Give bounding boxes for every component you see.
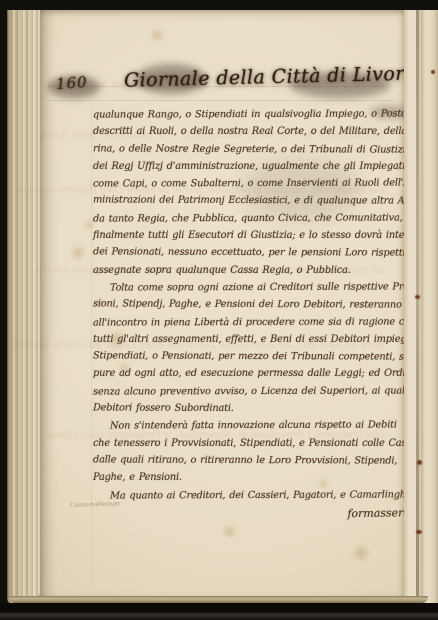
ruled-margin-line: [91, 102, 92, 585]
stain-speck: [417, 460, 422, 465]
scanned-manuscript-photo: dei Regj Uffizj d'amministrazione, ugual…: [0, 0, 438, 620]
catchword: formassero: [310, 506, 410, 521]
binding-page-edges: [7, 10, 40, 603]
manuscript-line: Tolta come sopra ogni azione ai Creditor…: [93, 278, 410, 296]
text-block: qualunque Rango, o Stipendiati in qualsi…: [93, 106, 410, 504]
manuscript-line: Stipendiati, o Pensionati, per mezzo dei…: [93, 348, 410, 367]
manuscript-line: descritti ai Ruoli, o della nostra Real …: [93, 123, 410, 140]
ruled-line: [48, 100, 393, 101]
page-crease: [416, 10, 419, 603]
manuscript-line: rina, o delle Nostre Regie Segreterie, o…: [93, 140, 410, 159]
foxing-spot: [150, 28, 164, 42]
foxing-spot: [222, 524, 237, 539]
manuscript-line: Ma quanto ai Creditori, dei Cassieri, Pa…: [93, 486, 410, 504]
manuscript-line: Debitori fossero Subordinati.: [93, 399, 410, 418]
manuscript-line: Non s'intenderà fatta innovazione alcuna…: [93, 417, 410, 435]
foxing-spot: [70, 245, 86, 261]
manuscript-line: all'incontro in piena Libertà di procede…: [93, 313, 410, 331]
bottom-page-edges: [9, 596, 428, 603]
folio-number: 160: [55, 73, 88, 93]
manuscript-line: dalle quali ritirano, o ritireranno le L…: [93, 451, 410, 470]
foxing-spot: [352, 544, 370, 562]
manuscript-line: tutti gl'altri assegnamenti, effetti, e …: [93, 331, 410, 348]
manuscript-line: qualunque Rango, o Stipendiati in qualsi…: [93, 105, 410, 123]
book: dei Regj Uffizj d'amministrazione, ugual…: [7, 10, 438, 603]
manuscript-line: finalmente tutti gli Esecutori di Giusti…: [93, 227, 410, 244]
scanner-background: [0, 603, 438, 620]
faint-marginal-inscription: Cassa-nadeaugo: [70, 500, 120, 509]
manuscript-line: Paghe, e Pensioni.: [93, 469, 410, 486]
manuscript-line: come Capi, o come Subalterni, o come Ins…: [93, 175, 410, 193]
manuscript-line: che tenessero i Provvisionati, Stipendia…: [93, 435, 410, 452]
stain-speck: [431, 70, 435, 74]
manuscript-line: pure ad ogni atto, ed esecuzione permess…: [93, 365, 410, 382]
manuscript-page: dei Regj Uffizj d'amministrazione, ugual…: [40, 10, 404, 603]
facing-page-edge: [404, 10, 438, 603]
manuscript-line: dei Pensionati, nessuno eccettuato, per …: [93, 244, 410, 263]
manuscript-line: ministrazioni dei Patrimonj Ecclesiastic…: [93, 192, 410, 211]
manuscript-line: senza alcuno preventivo avviso, o Licenz…: [93, 382, 410, 400]
stain-speck: [415, 295, 420, 299]
manuscript-line: assegnate sopra qualunque Cassa Regia, o…: [93, 262, 410, 279]
manuscript-line: dei Regj Uffizj d'amministrazione, ugual…: [93, 158, 410, 175]
stain-speck: [416, 530, 422, 534]
manuscript-line: sioni, Stipendj, Paghe, e Pensioni dei L…: [93, 296, 410, 315]
manuscript-line: da tanto Regia, che Pubblica, quanto Civ…: [93, 209, 410, 227]
